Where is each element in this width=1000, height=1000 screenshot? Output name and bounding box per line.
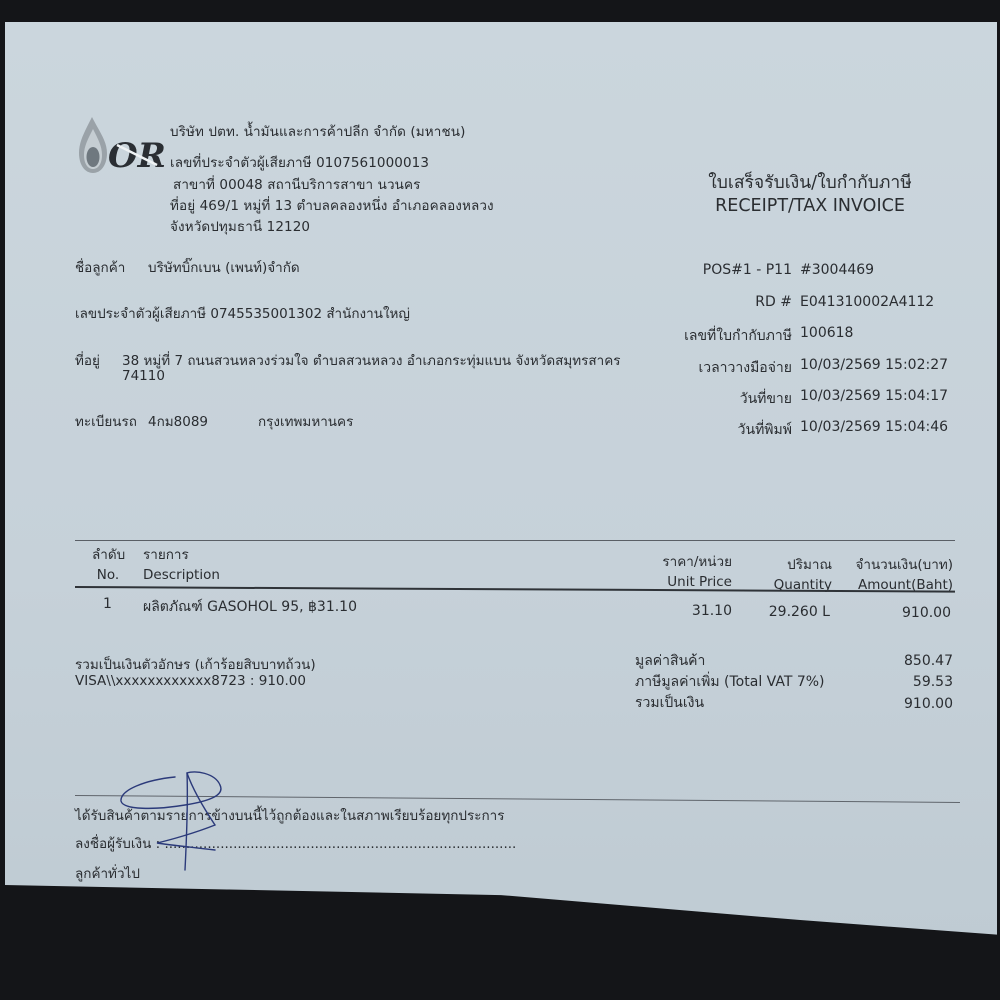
meta-print-date: วันที่พิมพ์ 10/03/2569 15:04:46 [640, 419, 960, 439]
total-value: 850.47 [904, 653, 953, 669]
signature-line: ........................................… [164, 836, 516, 852]
row-amount: 910.00 [820, 605, 951, 621]
row-description: ผลิตภัณฑ์ GASOHOL 95, ฿31.10 [143, 596, 357, 618]
seller-tax-id: เลขที่ประจำตัวผู้เสียภาษี 0107561000013 [170, 151, 429, 173]
meta-sale-date: วันที่ขาย 10/03/2569 15:04:17 [640, 388, 960, 408]
signature-label: ลงชื่อผู้รับเงิน : .....................… [75, 832, 516, 854]
meta-nozzle-time: เวลาวางมือจ่าย 10/03/2569 15:02:27 [640, 357, 960, 377]
total-value: 910.00 [904, 696, 953, 712]
customer-address-label: ที่อยู่ [75, 349, 100, 371]
meta-label: RD # [755, 294, 792, 310]
signature-label-text: ลงชื่อผู้รับเงิน : [75, 836, 160, 852]
total-label: ภาษีมูลค่าเพิ่ม (Total VAT 7%) [635, 671, 825, 693]
meta-label: วันที่พิมพ์ [738, 419, 792, 441]
header-unit-price: ราคา/หน่วย Unit Price [632, 552, 732, 592]
total-vat: ภาษีมูลค่าเพิ่ม (Total VAT 7%) 59.53 [635, 671, 953, 689]
seller-address: ที่อยู่ 469/1 หมู่ที่ 13 ตำบลคลองหนึ่ง อ… [170, 194, 494, 216]
row-quantity: 29.260 L [730, 604, 830, 620]
customer-tax-id: เลขประจำตัวผู้เสียภาษี 0745535001302 สำน… [75, 302, 410, 324]
plate-number: 4กม8089 [148, 410, 208, 432]
header-qty-th: ปริมาณ [730, 555, 832, 575]
header-price-th: ราคา/หน่วย [632, 552, 732, 572]
meta-rd: RD # E041310002A4112 [640, 294, 960, 314]
customer-address-line2: 74110 [122, 368, 165, 384]
header-description: รายการ Description [143, 545, 220, 585]
header-amount-th: จำนวนเงิน(บาท) [820, 555, 953, 575]
meta-label: POS#1 - P11 [703, 262, 792, 278]
amount-in-words: รวมเป็นเงินตัวอักษร (เก้าร้อยสิบบาทถ้วน) [75, 653, 316, 675]
meta-value: 100618 [800, 325, 853, 341]
title-english: RECEIPT/TAX INVOICE [700, 196, 920, 216]
meta-pos: POS#1 - P11 #3004469 [640, 262, 960, 282]
seller-branch: สาขาที่ 00048 สถานีบริการสาขา นวนคร [173, 173, 420, 195]
meta-label: วันที่ขาย [740, 388, 792, 410]
payment-method: VISA\\xxxxxxxxxxxx8723 : 910.00 [75, 673, 306, 689]
header-qty-en: Quantity [730, 575, 832, 595]
header-desc-en: Description [143, 565, 220, 585]
header-no-th: ลำดับ [92, 545, 124, 565]
meta-value: E041310002A4112 [800, 294, 934, 310]
meta-label: เวลาวางมือจ่าย [698, 357, 792, 379]
header-no-en: No. [92, 565, 124, 585]
plate-province: กรุงเทพมหานคร [258, 410, 353, 432]
meta-label: เลขที่ใบกำกับภาษี [684, 325, 792, 347]
meta-value: 10/03/2569 15:04:46 [800, 419, 948, 435]
header-desc-th: รายการ [143, 545, 220, 565]
or-logo-icon: OR [75, 115, 170, 177]
customer-name: บริษัทบิ๊กเบน (เพนท์)จำกัด [148, 256, 300, 278]
meta-tax-invoice-no: เลขที่ใบกำกับภาษี 100618 [640, 325, 960, 345]
customer-address-line1: 38 หมู่ที่ 7 ถนนสวนหลวงร่วมใจ ตำบลสวนหลว… [122, 349, 620, 371]
customer-name-label: ชื่อลูกค้า [75, 256, 125, 278]
table-top-rule [75, 540, 955, 541]
header-no: ลำดับ No. [92, 545, 124, 585]
meta-value: #3004469 [800, 262, 874, 278]
title-thai: ใบเสร็จรับเงิน/ใบกำกับภาษี [700, 168, 920, 196]
total-subtotal: มูลค่าสินค้า 850.47 [635, 650, 953, 668]
acknowledgement-text: ได้รับสินค้าตามรายการข้างบนนี้ไว้ถูกต้อง… [75, 804, 505, 826]
customer-type: ลูกค้าทั่วไป [75, 862, 140, 884]
header-amount: จำนวนเงิน(บาท) Amount(Baht) [820, 555, 953, 595]
seller-name: บริษัท ปตท. น้ำมันและการค้าปลีก จำกัด (ม… [170, 120, 465, 142]
meta-value: 10/03/2569 15:02:27 [800, 357, 948, 373]
seller-province: จังหวัดปทุมธานี 12120 [170, 215, 310, 237]
row-no: 1 [103, 596, 112, 612]
total-label: มูลค่าสินค้า [635, 650, 705, 672]
plate-label: ทะเบียนรถ [75, 410, 137, 432]
total-label: รวมเป็นเงิน [635, 692, 704, 714]
total-grand: รวมเป็นเงิน 910.00 [635, 692, 953, 710]
meta-value: 10/03/2569 15:04:17 [800, 388, 948, 404]
row-unit-price: 31.10 [632, 603, 732, 619]
total-value: 59.53 [913, 674, 953, 690]
